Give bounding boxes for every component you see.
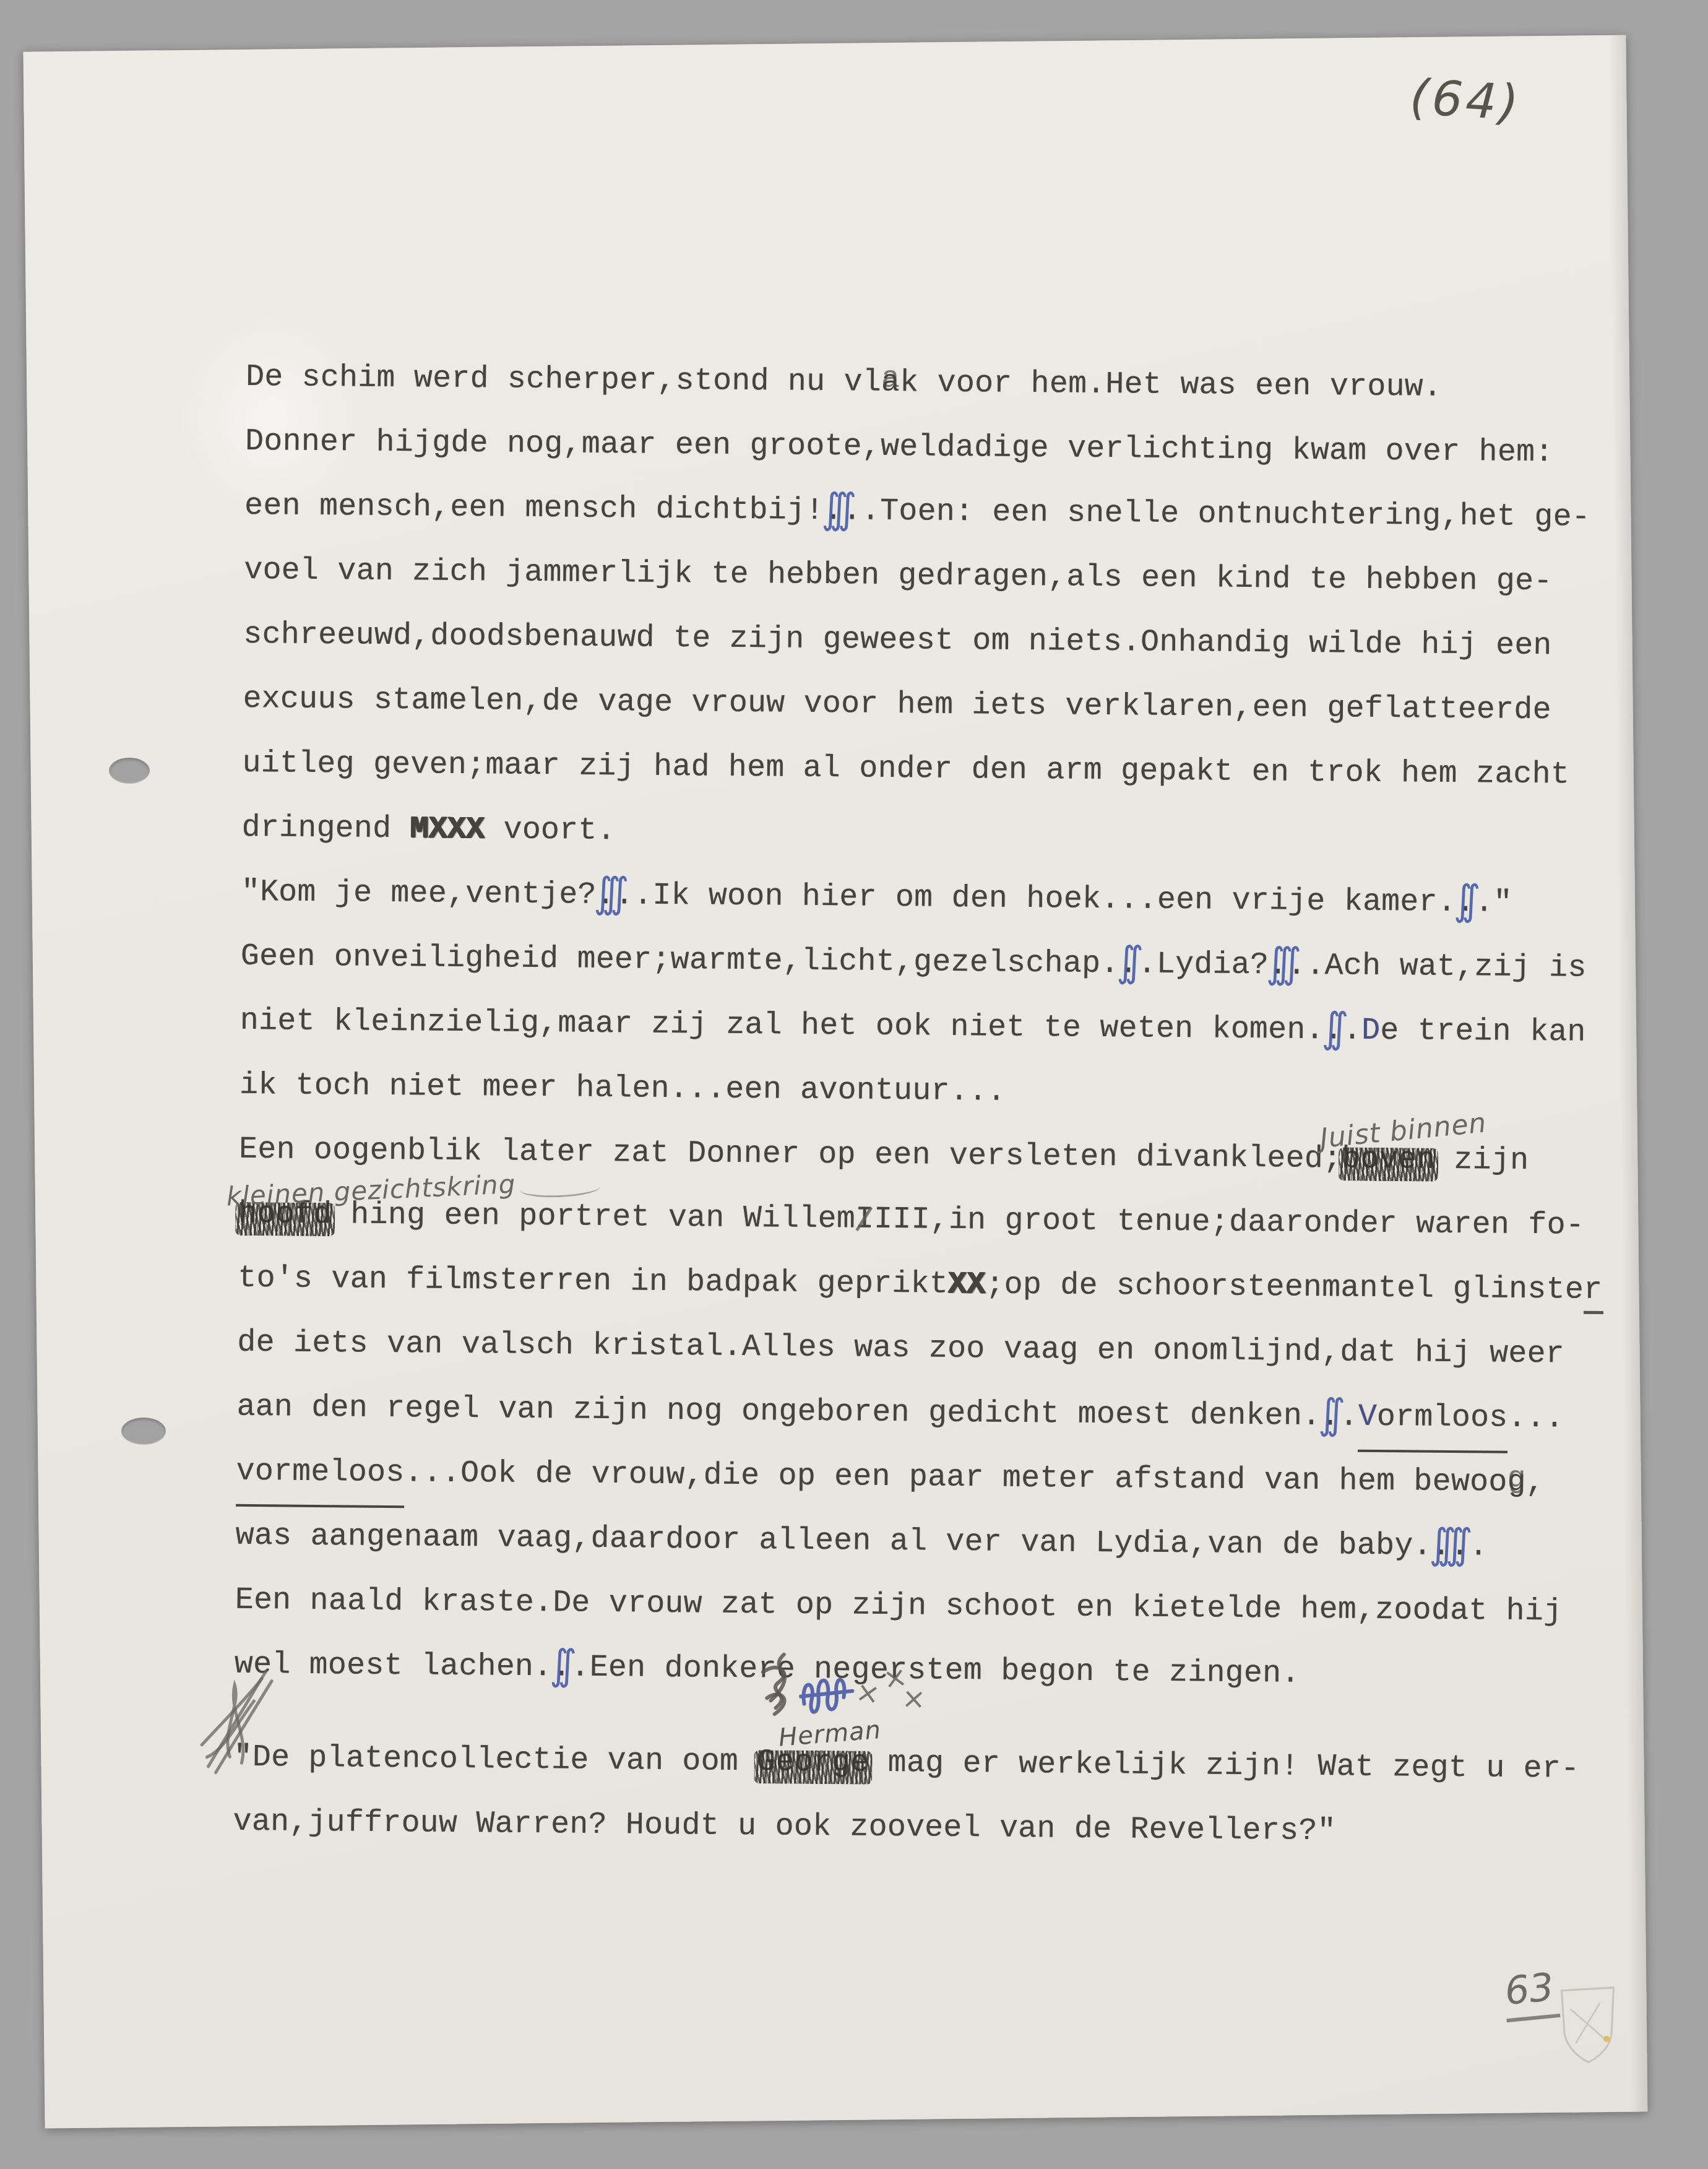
typescript-line: to's van filmsterren in badpak gepriktXX…: [238, 1247, 1600, 1323]
embossed-stamp: [1556, 1984, 1619, 2065]
blue-pen-deletion: ..: [1119, 932, 1157, 997]
blue-pen-deletion: ..: [1456, 871, 1494, 936]
overtyped-character: a: [881, 351, 900, 415]
typescript-line: dringend MXXX voort.: [241, 796, 1603, 872]
paper-edge-shade: [1608, 35, 1647, 2112]
typescript-line: vormeloos...Ook de vrouw,die op een paar…: [236, 1440, 1598, 1516]
blue-overwritten-letter: D: [1361, 999, 1381, 1063]
blue-pen-deletion: ...: [824, 479, 881, 544]
punch-hole: [121, 1418, 166, 1445]
typescript-line: voel van zich jammerlijk te hebben gedra…: [244, 539, 1606, 615]
scribbled-out-word: bovenJuist binnen: [1342, 1127, 1436, 1192]
blue-pen-deletion: ..: [552, 1635, 590, 1700]
pencil-scribble: [757, 1651, 802, 1720]
blue-pen-deletion: ..: [1324, 998, 1361, 1063]
paper-speck: [1603, 2036, 1610, 2042]
typescript-line: Geen onveiligheid meer;warmte,licht,geze…: [240, 925, 1602, 1001]
blue-pen-deletion: ...: [596, 864, 653, 929]
page-number-annotation: (64): [1408, 69, 1523, 132]
typescript-line: de iets van valsch kristal.Alles was zoo…: [237, 1311, 1599, 1387]
typescript-text: De schim werd scherper,stond nu vlak voo…: [233, 345, 1607, 1866]
line-end-hyphen: r: [1584, 1258, 1603, 1323]
typed-strikeout: XX: [948, 1253, 986, 1318]
typescript-line: uitleg geven;maar zij had hem al onder d…: [242, 732, 1604, 808]
typescript-line: "Kom je mee,ventje?...Ik woon hier om de…: [241, 860, 1603, 937]
sheet-number-annotation: 63: [1501, 1963, 1560, 2022]
scanner-background: (64) De schim werd scherper,stond nu vla…: [0, 0, 1708, 2169]
blue-pen-deletion: ...: [1269, 933, 1326, 998]
scribbled-out-word: GeorgeHerman: [757, 1730, 869, 1796]
typescript-line: van,juffrouw Warren? Houdt u ook zooveel…: [233, 1790, 1595, 1866]
blue-pen-deletion: ..: [1321, 1385, 1358, 1450]
typescript-line: excuus stamelen,de vage vrouw voor hem i…: [243, 667, 1605, 743]
pencil-scribble: [195, 1663, 289, 1779]
x-mark: ×: [901, 1684, 926, 1713]
typescript-line: een mensch,een mensch dichtbij!...Toen: …: [244, 474, 1607, 550]
underlined-word: vormeloos: [236, 1440, 405, 1508]
blue-overwritten-letter: V: [1358, 1385, 1377, 1452]
manuscript-page: (64) De schim werd scherper,stond nu vla…: [24, 35, 1648, 2129]
typescript-line: schreeuwd,doodsbenauwd te zijn geweest o…: [243, 603, 1605, 679]
pencil-struck-character: I: [855, 1188, 874, 1252]
typescript-line: hoofdkleinen gezichtskring hing een port…: [238, 1182, 1600, 1258]
typescript-line: niet kleinzielig,maar zij zal het ook ni…: [240, 989, 1602, 1065]
typescript-line: was aangenaam vaag,daardoor alleen al ve…: [235, 1504, 1597, 1580]
overtyped-character: g: [1507, 1451, 1526, 1515]
x-mark: ×: [854, 1677, 882, 1709]
typescript-line: Een naald kraste.De vrouw zat op zijn sc…: [235, 1569, 1597, 1645]
typescript-line: De schim werd scherper,stond nu vlak voo…: [246, 345, 1608, 422]
typescript-line: "De platencollectie van oom GeorgeHerman…: [233, 1726, 1595, 1802]
blue-pen-deletion: ...: [1431, 1515, 1488, 1580]
scribbled-out-word: hoofdkleinen gezichtskring: [238, 1182, 332, 1247]
typescript-line: Donner hijgde nog,maar een groote,weldad…: [245, 410, 1607, 486]
typed-strikeout: MXXX: [410, 797, 485, 862]
blue-pen-scribble: [799, 1665, 855, 1718]
punch-hole: [109, 758, 150, 784]
typescript-line: aan den regel van zijn nog ongeboren ged…: [236, 1375, 1598, 1452]
handwritten-insertion: Herman: [777, 1718, 882, 1751]
underlined-word: ormloos: [1376, 1385, 1507, 1453]
